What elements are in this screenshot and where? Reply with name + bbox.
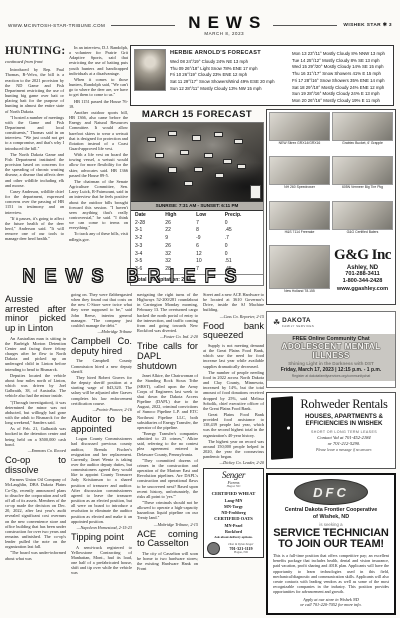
brief-headline: Food bank squeezed — [203, 322, 264, 341]
brief-paragraph: Janet Alkire, the Chairwoman of the Stan… — [137, 373, 198, 430]
forecast-line: Wed 08 24°/19° Cloudy 24% NE 13 mph — [170, 59, 288, 66]
table-row: 3-4 32 12 0 — [131, 251, 263, 259]
brief-paragraph: navigating the right turns of the Highwa… — [137, 292, 198, 333]
photo-caption: New Holland T8.155 — [269, 289, 330, 293]
coop-name: Central Dakota Frontier Cooperative — [273, 507, 389, 514]
apply-phone-line[interactable]: or call 701-220-7052 for more info. — [273, 602, 389, 607]
table-row: 3-1 22 8 .45 — [131, 227, 263, 235]
brief-paragraph: As of Feb. 21, Galbraith was booked in t… — [5, 426, 66, 447]
article-paragraph: The chairman of the Senate Agriculture C… — [69, 179, 128, 231]
dakota-org-subname: FAMILY SERVICES — [282, 325, 314, 328]
forecast-line: Sun 12 28°/11° Mostly Cloudy 13% NW 15 m… — [170, 86, 288, 93]
delivery-note: Ask about delivery options. — [207, 536, 260, 540]
equipment-photo — [269, 201, 330, 230]
rental-offer-line: HOUSES, APARTMENTS & EFFICIENCIES IN WIS… — [297, 413, 391, 429]
brief-paragraph: Deputies located the vehicle about four … — [5, 373, 66, 399]
source-attribution: —Cass Co. Reporter, 2-15 — [203, 314, 264, 319]
site-url[interactable]: WWW.MCINTOSH-STAR-TRIBUNE.COM — [8, 23, 105, 28]
seed-category: CERTIFIED WHEAT — [207, 491, 260, 498]
forecast-line: Sat 11 29°/17° Snow Showers/Wind 49% ESE… — [170, 79, 288, 86]
issue-date: MARCH 8, 2023 — [181, 32, 267, 36]
cell-high: 26 — [161, 220, 192, 228]
seeking-line: is seeking a — [273, 522, 389, 527]
brief-paragraph: Logan County Commissioners had discussed… — [71, 436, 132, 524]
article-paragraph: HB 1151 passed the House 76-18. — [69, 99, 128, 109]
cell-low: 12 — [192, 251, 221, 259]
photo-caption: Grabtec Bucket, 6' Grapple — [332, 141, 393, 145]
cell-date: 3-3 — [131, 243, 161, 251]
photo-caption: G&G Certified Balers — [332, 230, 393, 234]
column-header: Precip. — [221, 211, 263, 220]
brief-paragraph: Great Plains Food Bank provided food ass… — [203, 412, 264, 438]
cell-date: 3-1 — [131, 227, 161, 235]
brief-paragraph: They hired Robert Graves for the deputy … — [71, 375, 132, 406]
temp-label — [168, 167, 177, 172]
news-briefs-banner: NEWS BRIEFS — [5, 266, 263, 287]
temp-label — [147, 137, 156, 142]
cell-precip: 0 — [221, 243, 263, 251]
dakota-logo-icon: ☘ — [273, 318, 280, 327]
table-row: 2-28 26 7 0 — [131, 220, 263, 228]
gg-inc-ad[interactable]: NEW Sitrex GRX14/GRX16 Grabtec Bucket, 6… — [266, 109, 396, 305]
dakota-family-services-ad[interactable]: ☘ DAKOTA FAMILY SERVICES FREE Online Com… — [266, 311, 396, 388]
job-title-line2: TO JOIN OUR TEAM! — [273, 539, 389, 551]
brief-headline: Campbell Co. deputy hired — [71, 337, 132, 356]
source-attribution: —Mobridge Tribune, 2-15 — [137, 522, 198, 527]
equipment-photo — [269, 245, 330, 289]
equipment-photo — [332, 201, 393, 230]
photo-caption: NEW Sitrex GRX14/GRX16 — [269, 141, 330, 145]
photo-caption: 605N Vermeer Big Tire Pkg — [332, 185, 393, 189]
seed-category: CERTIFIED OATS — [207, 516, 260, 523]
equipment-photo — [269, 112, 330, 141]
temp-label — [215, 173, 224, 178]
cell-high: 9 — [161, 235, 192, 243]
photo-caption: NH 260 Speedrower — [269, 185, 330, 189]
equipment-photo — [332, 112, 393, 141]
website-link[interactable]: www.ggashley.com — [332, 286, 393, 292]
temp-label — [155, 153, 164, 158]
brief-paragraph: "(Through investigation), it was determi… — [5, 400, 66, 426]
source-attribution: —Napoleon Homestead, 2-15-23 — [71, 525, 132, 530]
map-legend-inset — [250, 185, 261, 199]
cell-precip: 0 — [221, 251, 263, 259]
temp-label — [184, 181, 193, 186]
tollfree-number[interactable]: 1-800-344-2428 — [332, 278, 393, 286]
temp-label — [180, 150, 189, 155]
certified-seed-seal-icon — [207, 542, 220, 555]
source-attribution: —Emmons Co. Record — [5, 448, 66, 453]
temp-label — [168, 131, 177, 136]
source-attribution: —Dickey Co. Leader, 2-20 — [203, 460, 264, 465]
cell-low: -9 — [192, 235, 221, 243]
brief-headline: ACE coming to Casselton — [137, 530, 198, 549]
cell-precip: .7 — [221, 235, 263, 243]
temp-label — [223, 159, 232, 164]
article-paragraph: With a life vest on board the towing ves… — [69, 152, 128, 178]
herbie-forecast-box: HERBIE ARNOLD'S FORECAST Wed 08 24°/19° … — [130, 45, 394, 106]
cell-low: 8 — [192, 227, 221, 235]
event-datetime: Friday, March 17, 2023 | 12:15 p.m. - 1 … — [270, 367, 392, 373]
cell-high: 26 — [161, 243, 192, 251]
message-note: Please leave a message if no answer. — [297, 448, 391, 452]
briefs-column-2: going on. They were flabbergasted when t… — [71, 292, 132, 616]
brief-paragraph: The city of Casselton will soon be home … — [137, 551, 198, 572]
lease-terms-line: SHORT OR LONG TERM LEASES — [297, 430, 391, 434]
sunrise-sunset-bar: SUNRISE: 7:31 AM - SUNSET: 6:11 PM — [131, 201, 263, 211]
cell-precip: .51 — [221, 258, 263, 266]
article-paragraph: When it comes to those hunters, Randolph… — [69, 77, 128, 98]
forecast-line: Mon 13 23°/11° Mostly Cloudy 8% NNW 13 m… — [292, 51, 390, 58]
temp-label — [237, 164, 246, 169]
cell-high: 32 — [161, 251, 192, 259]
cell-precip: 0 — [221, 220, 263, 228]
advertiser-name: G&G Inc — [332, 248, 393, 263]
brief-paragraph: "These criminals should not be allowed t… — [137, 500, 198, 521]
senger-farms-ad[interactable]: Senger Farms Hague ND CERTIFIED WHEAT La… — [203, 468, 264, 558]
brief-paragraph: "Energy Transfer's companies admitted to… — [137, 431, 198, 457]
march-forecast-headline: MARCH 15 FORECAST — [130, 109, 264, 120]
briefs-column-4: Street and a new ACE Hardware to be loca… — [203, 292, 264, 616]
brief-headline: Aussie arrested after minor picked up in… — [5, 295, 66, 334]
brief-paragraph: A semi-truck registered to Yellowstone C… — [71, 545, 132, 576]
brief-paragraph: An Australian man is sitting in the Burl… — [5, 336, 66, 372]
temp-label — [194, 167, 203, 172]
cell-date: 3-2 — [131, 235, 161, 243]
event-subtitle: Shining Light in the Darkness with DST — [270, 361, 392, 366]
job-description: This is a full-time position that offers… — [273, 553, 389, 595]
brief-paragraph: Farmers Union Oil Company of McLaughlin,… — [5, 477, 66, 549]
equipment-photo — [269, 156, 330, 185]
cell-date: 3-5 — [131, 258, 161, 266]
source-attribution: —Foster Co. Ind. 2-20 — [137, 334, 198, 339]
column-header: High — [161, 211, 192, 220]
forecast-line: Thu 16 31°/17° Snow Showers 41% E 15 mph — [292, 71, 390, 78]
edition-page-number: WISHEK STAR ✱ 3 — [343, 23, 392, 28]
weather-map — [131, 123, 263, 201]
temp-label — [192, 135, 201, 140]
brief-paragraph: going on. They were flabbergasted when t… — [71, 292, 132, 328]
photo-caption: H&S 7114 Freerake — [269, 230, 330, 234]
source-attribution: —Prairie Pioneer, 2-16 — [71, 407, 132, 412]
hunting-headline: HUNTING: — [5, 45, 64, 59]
advertiser-name: Rohweder Rentals — [297, 398, 391, 411]
brief-paragraph: "They committed dozens of crimes in the … — [137, 458, 198, 499]
newspaper-page: WWW.MCINTOSH-STAR-TRIBUNE.COM NEWS MARCH… — [0, 0, 400, 618]
brief-headline: Tribe calls for DAPL shutdown — [137, 342, 198, 371]
forecast-line: Sun 19 28°/16° Mostly Cloudy 24% E 13 mp… — [292, 91, 390, 98]
article-paragraph: The North Dakota Game and Fish Departmen… — [5, 152, 64, 188]
briefs-column-3: navigating the right turns of the Highwa… — [137, 292, 198, 616]
masthead: WWW.MCINTOSH-STAR-TRIBUNE.COM NEWS MARCH… — [0, 14, 400, 36]
column-header: Date — [131, 211, 161, 220]
cell-date: 2-28 — [131, 220, 161, 228]
article-paragraph: Another outdoor sports bill, HB 1366, al… — [69, 110, 128, 151]
hunting-continued-note: continued from front — [5, 59, 64, 65]
brief-paragraph: The number of people needing food in 202… — [203, 370, 264, 411]
article-paragraph: "If it passes, it's going to affect the … — [5, 216, 64, 242]
section-title: NEWS — [181, 14, 267, 31]
hunting-article: HUNTING: continued from front Introduced… — [5, 45, 128, 264]
article-paragraph: Introduced by Rep. Paul Thomas, R-Velva,… — [5, 67, 64, 113]
senger-logo: Senger — [207, 471, 260, 479]
brief-headline: Tipping point — [71, 533, 132, 543]
source-attribution: —Mobridge Tribune — [71, 329, 132, 334]
article-paragraph: In an interview, D.J. Randolph, a volunt… — [69, 45, 128, 76]
dfc-job-ad[interactable]: DFC Central Dakota Frontier Cooperative … — [266, 473, 396, 615]
dfc-logo: DFC — [294, 479, 368, 505]
contact-town: Hague, ND — [222, 551, 260, 555]
table-row: 3-3 26 6 0 — [131, 243, 263, 251]
rule-left — [111, 25, 175, 26]
cell-low: 7 — [192, 220, 221, 228]
column-header: Low — [192, 211, 221, 220]
march-forecast-section: MARCH 15 FORECAST SUNRISE: 7:31 AM - SUN — [130, 109, 264, 286]
article-paragraph: Casey Anderson, wildlife chief for the d… — [5, 189, 64, 215]
rohweder-rentals-ad[interactable]: Rohweder Rentals HOUSES, APARTMENTS & EF… — [266, 392, 396, 469]
phone-number[interactable]: 701-288-3411 — [332, 271, 393, 279]
forecast-line: Mon 20 26°/16° Mostly Cloudy 19% E 11 mp… — [292, 98, 390, 105]
forecast-line: Wed 15 29°/20° Mostly Cloudy 14% SE 15 m… — [292, 64, 390, 71]
article-paragraph: To track any of these bills, visit ndleg… — [69, 231, 128, 241]
temp-label — [204, 153, 213, 158]
article-paragraph: "I hosted a number of meetings with the … — [5, 115, 64, 151]
cell-high: 32 — [161, 258, 192, 266]
door-icon — [271, 396, 293, 460]
temp-label — [234, 139, 243, 144]
brief-headline: Auditor to be appointed — [71, 415, 132, 434]
forecast-title: HERBIE ARNOLD'S FORECAST — [170, 50, 288, 56]
cell-low: 10 — [192, 258, 221, 266]
brief-paragraph: Street and a new ACE Hardware to be loca… — [203, 292, 264, 313]
news-briefs-section: Aussie arrested after minor picked up in… — [5, 292, 264, 616]
brief-paragraph: The highest year on record was around 15… — [203, 439, 264, 460]
forecast-line: Sat 18 29°/18° Mostly Cloudy 24% ENE 12 … — [292, 85, 390, 92]
forecaster-photo — [134, 49, 166, 91]
event-title: ADOLESCENT MENTAL ILLNESS — [270, 342, 392, 360]
brief-headline: Co-op to dissolve — [5, 456, 66, 475]
forecast-line: Fri 10 26°/19° Cloudy 23% ENE 12 mph — [170, 72, 288, 79]
register-link[interactable]: Register at dakotafamilyservices.org/com… — [270, 374, 392, 378]
brief-paragraph: The Campbell County Commission hired a n… — [71, 358, 132, 373]
briefs-column-1: Aussie arrested after minor picked up in… — [5, 292, 66, 616]
cell-precip: .45 — [221, 227, 263, 235]
forecast-line: Tue 14 25°/12° Mostly Cloudy 8% SE 13 mp… — [292, 58, 390, 65]
cell-low: 6 — [192, 243, 221, 251]
cell-high: 22 — [161, 227, 192, 235]
rule-right — [273, 25, 337, 26]
phone-number-alt[interactable]: or 701-212-5290. — [297, 441, 391, 447]
cell-date: 3-4 — [131, 251, 161, 259]
forecast-line: Fri 17 28°/16° Snow Showers 35% ENE 14 m… — [292, 78, 390, 85]
brief-paragraph: Supply is not meeting demand at the Grea… — [203, 343, 264, 369]
temp-label — [214, 132, 223, 137]
table-row: 3-5 32 10 .51 — [131, 258, 263, 266]
brief-paragraph: "The board was under-informed about what… — [5, 550, 66, 560]
forecast-line: Thu 09 26°/18° Light Snow 78% ENE 17 mph — [170, 66, 288, 73]
climate-table: Date High Low Precip. 2-28 26 7 0 3-1 — [131, 211, 263, 274]
equipment-photo — [332, 156, 393, 185]
table-row: 3-2 9 -9 .7 — [131, 235, 263, 243]
senger-town: Hague ND — [207, 485, 260, 489]
coop-city: of Wishek, ND — [273, 514, 389, 521]
